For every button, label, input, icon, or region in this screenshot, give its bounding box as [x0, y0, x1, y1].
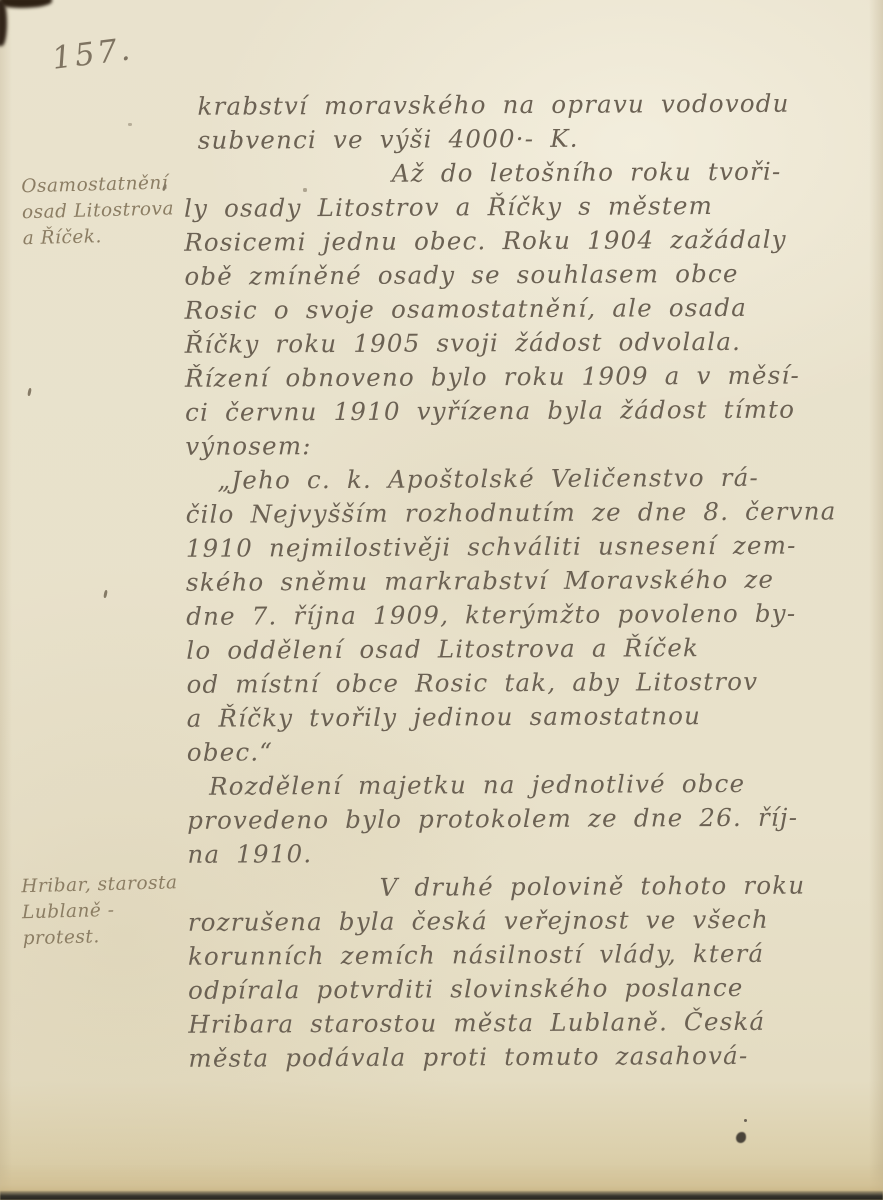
- text-line: „Jeho c. k. Apoštolské Veličenstvo rá-: [185, 460, 875, 498]
- page-number: 157.: [50, 31, 135, 77]
- margin-note-line: Hribar, starosta: [21, 870, 197, 901]
- text-line: Rosic o svoje osamostatnění, ale osada: [184, 290, 874, 328]
- top-left-corner-shadow: [0, 0, 52, 8]
- handwritten-text-block: krabství moravského na opravu vodovodusu…: [183, 86, 878, 1076]
- ink-dot: [744, 1119, 747, 1122]
- margin-note-line: Lublaně - protest.: [22, 896, 198, 953]
- text-line: subvenci ve výši 4000·- K.: [184, 120, 874, 158]
- bottom-page-edge: [0, 1165, 883, 1193]
- text-line: obec.“: [187, 732, 877, 770]
- ink-speck: [27, 388, 32, 396]
- text-line: Až do letošního roku tvoři-: [184, 154, 874, 192]
- text-line: a Říčky tvořily jedinou samostatnou: [187, 698, 877, 736]
- paper-speck: [303, 188, 307, 192]
- text-line: Rosicemi jednu obec. Roku 1904 zažádaly: [184, 222, 874, 260]
- margin-note-line: a Říček.: [22, 222, 198, 253]
- text-line: obě zmíněné osady se souhlasem obce: [184, 256, 874, 294]
- margin-note-line: osad Litostrova: [22, 196, 198, 227]
- text-line: odpírala potvrditi slovinského poslance: [188, 970, 878, 1008]
- bottom-photo-edge: [0, 1191, 883, 1200]
- text-line: ly osady Litostrov a Říčky s městem: [184, 188, 874, 226]
- text-line: provedeno bylo protokolem ze dne 26. říj…: [187, 800, 877, 838]
- text-line: na 1910.: [187, 834, 877, 872]
- text-line: Rozdělení majetku na jednotlivé obce: [187, 766, 877, 804]
- paper-speck: [128, 123, 132, 126]
- text-line: čilo Nejvyšším rozhodnutím ze dne 8. čer…: [186, 494, 876, 532]
- margin-note-hribar-protest: Hribar, starostaLublaně - protest.: [21, 870, 198, 953]
- text-line: ského sněmu markrabství Moravského ze: [186, 562, 876, 600]
- text-line: Hribara starostou města Lublaně. Česká: [188, 1004, 878, 1042]
- text-line: krabství moravského na opravu vodovodu: [183, 86, 873, 124]
- text-line: Řízení obnoveno bylo roku 1909 a v měsí-: [185, 358, 875, 396]
- text-line: 1910 nejmilostivěji schváliti usnesení z…: [186, 528, 876, 566]
- ink-speck: [103, 590, 108, 598]
- manuscript-page: 157. Osamostatněníosad Litostrovaa Říček…: [0, 0, 883, 1200]
- text-line: V druhé polovině tohoto roku: [188, 868, 878, 906]
- text-line: korunních zemích násilností vlády, která: [188, 936, 878, 974]
- text-line: rozrušena byla česká veřejnost ve všech: [188, 902, 878, 940]
- text-line: ci červnu 1910 vyřízena byla žádost tímt…: [185, 392, 875, 430]
- margin-note-osamostatneni-osad: Osamostatněníosad Litostrovaa Říček.: [21, 170, 198, 253]
- text-line: dne 7. října 1909, kterýmžto povoleno by…: [186, 596, 876, 634]
- text-line: lo oddělení osad Litostrova a Říček: [186, 630, 876, 668]
- text-line: od místní obce Rosic tak, aby Litostrov: [186, 664, 876, 702]
- text-line: výnosem:: [185, 426, 875, 464]
- left-edge-shadow: [0, 0, 12, 1200]
- ink-blot: [736, 1132, 746, 1143]
- text-line: Říčky roku 1905 svoji žádost odvolala.: [185, 324, 875, 362]
- text-line: města podávala proti tomuto zasahová-: [188, 1038, 878, 1076]
